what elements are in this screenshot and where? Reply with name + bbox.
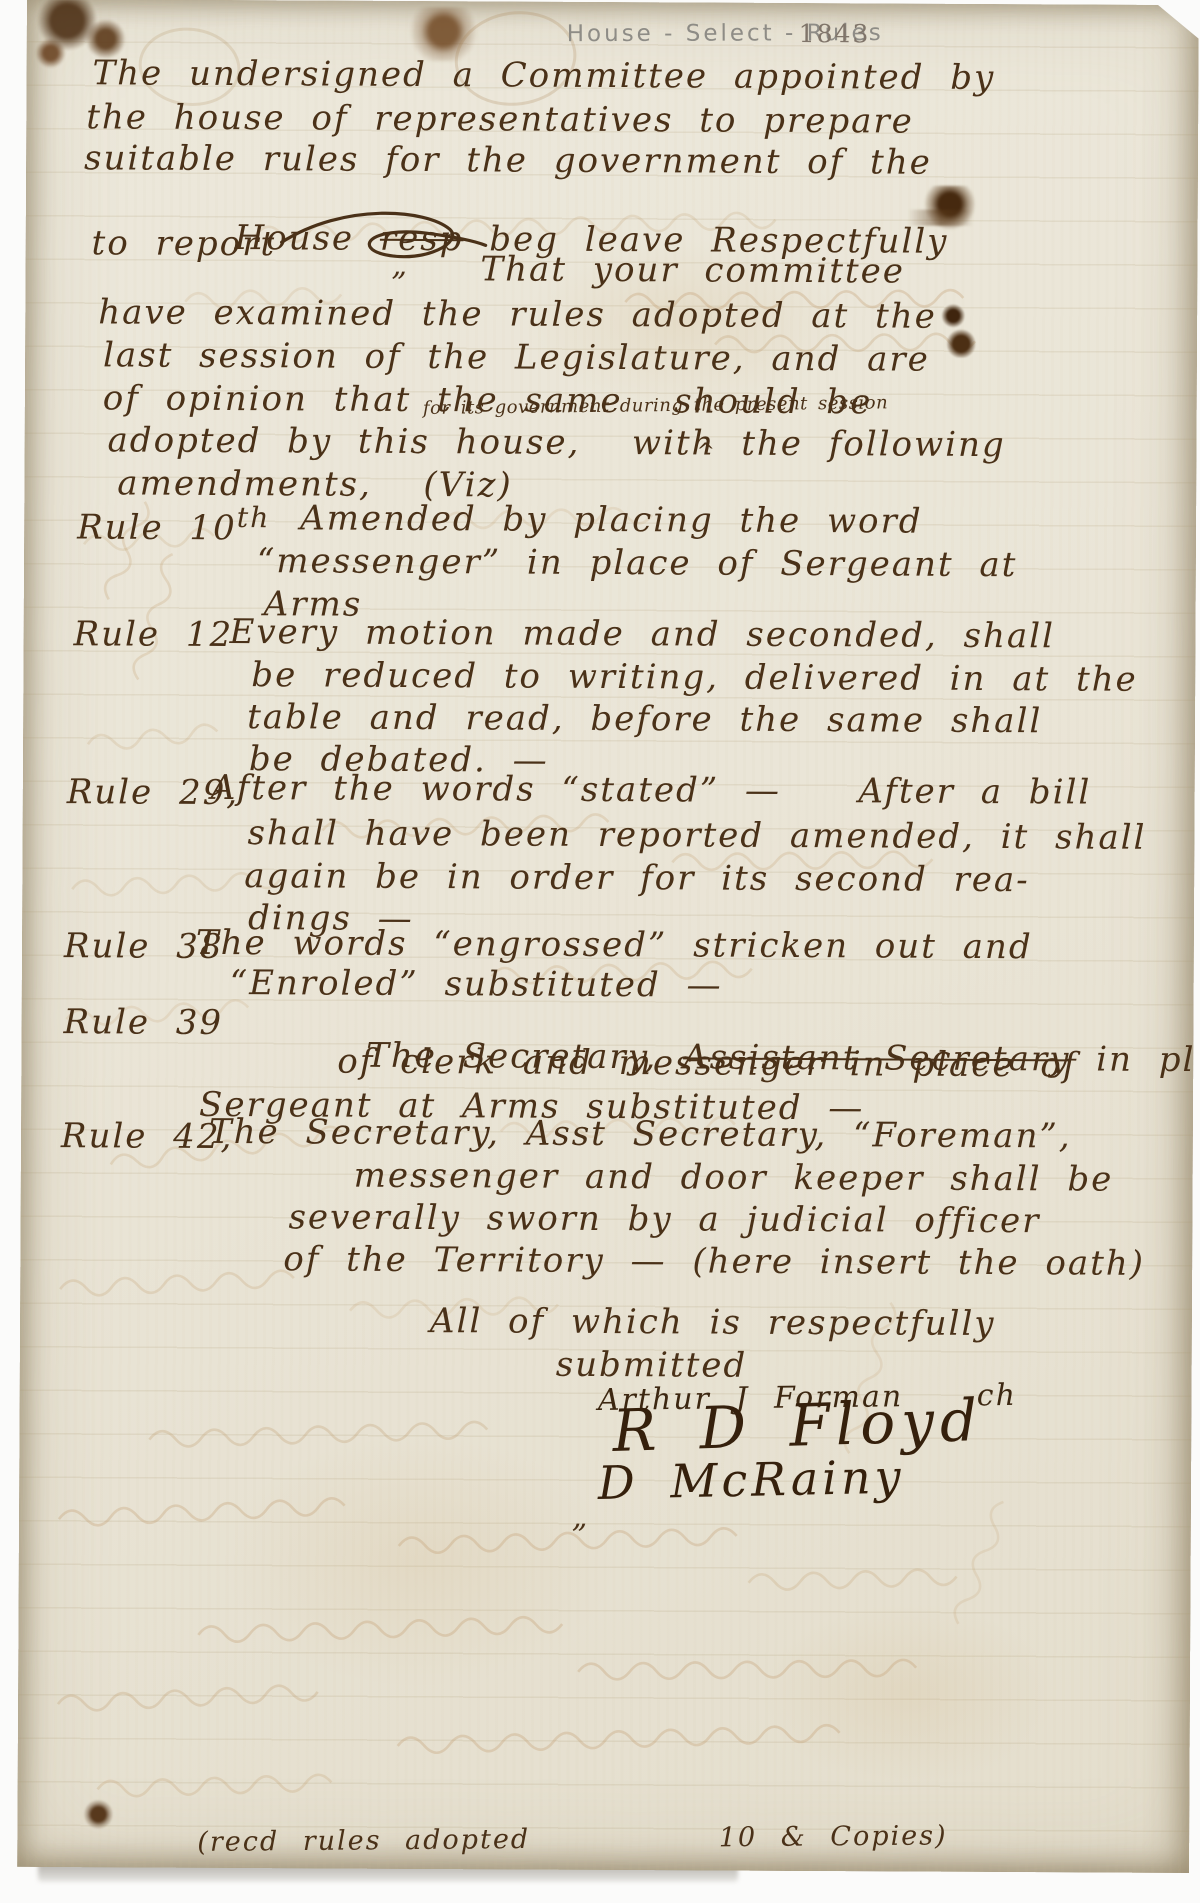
word: in place [1096, 1040, 1200, 1081]
manuscript-line: “Enroled” substituted — [230, 965, 723, 1005]
manuscript-line: again be in order for its second rea- [244, 858, 1030, 900]
manuscript-line: After the words “stated” — After a bill [211, 770, 1092, 812]
manuscript-line: That your committee [480, 251, 905, 291]
manuscript-line: be reduced to writing, delivered in at t… [251, 657, 1138, 699]
manuscript-line: The words “engrossed” stricken out and [196, 925, 1033, 967]
manuscript-line: All of which is respectfully [430, 1303, 996, 1343]
manuscript-line: the house of representatives to prepare [86, 99, 914, 141]
manuscript-line: messenger and door keeper shall be [354, 1158, 1114, 1199]
manuscript-paper: House - Select - Rules 1843 The undersig… [17, 0, 1199, 1873]
rule-label: Rule 12 [73, 616, 233, 654]
manuscript-line: severally sworn by a judicial officer [288, 1199, 1040, 1240]
pen-flourish [273, 208, 493, 271]
ordinal-suffix: th [237, 501, 271, 534]
manuscript-line: of the Territory — (here insert the oath… [283, 1241, 1145, 1283]
manuscript-line: have examined the rules adopted at the [98, 294, 937, 336]
manuscript-line: Every motion made and seconded, shall [229, 614, 1055, 656]
manuscript-line: suitable rules for the government of the [84, 140, 932, 182]
signature-third: D McRainy [597, 1452, 905, 1509]
manuscript-line: “messenger” in place of Sergeant at [257, 543, 1018, 584]
year-annotation: 1843 [799, 19, 871, 48]
manuscript-line: The Secretary, Asst Secretary, “Foreman”… [209, 1114, 1072, 1156]
manuscript-line: to report [92, 225, 277, 263]
docket-left: (recd rules adopted [197, 1824, 530, 1858]
manuscript-line: table and read, before the same shall [247, 699, 1042, 741]
quote-mark: „ [572, 1501, 590, 1534]
manuscript-line: submitted [556, 1347, 748, 1385]
manuscript-line: Amended by placing the word [300, 500, 923, 541]
rule-label: Rule 10th [77, 501, 270, 548]
rule-label: Rule 39 [63, 1004, 223, 1042]
manuscript-line: of clerk and messenger in place of [337, 1044, 1077, 1085]
quote-mark: „ [391, 249, 409, 282]
photograph-background: House - Select - Rules 1843 The undersig… [0, 0, 1200, 1903]
rule-label: Rule 42, [61, 1118, 234, 1156]
docket-right: 10 & Copies) [719, 1820, 948, 1853]
manuscript-line: last session of the Legislature, and are [103, 337, 930, 379]
manuscript-line: The undersigned a Committee appointed by [92, 55, 995, 97]
manuscript-line: adopted by this house, with the followin… [107, 422, 1005, 464]
manuscript-line: shall have been reported amended, it sha… [247, 815, 1146, 857]
